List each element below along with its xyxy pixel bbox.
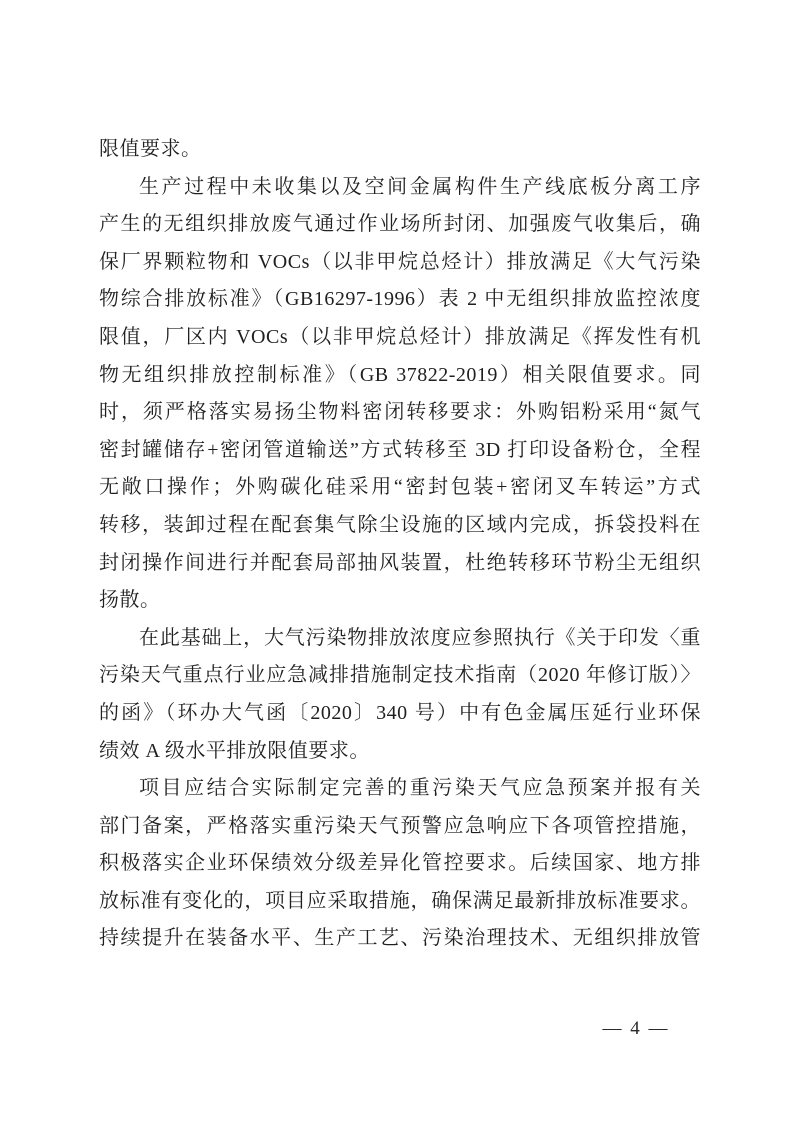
text-line: 时，须严格落实易扬尘物料密闭转移要求：外购铝粉采用“氮气 (99, 394, 701, 432)
text-line: 积极落实企业环保绩效分级差异化管控要求。后续国家、地方排 (99, 845, 701, 883)
text-line: 转移，装卸过程在配套集气除尘设施的区域内完成，拆袋投料在 (99, 507, 701, 545)
text-line: 物无组织排放控制标准》（GB 37822-2019）相关限值要求。同 (99, 357, 701, 395)
text-line: 部门备案，严格落实重污染天气预警应急响应下各项管控措施， (99, 808, 701, 846)
text-line: 污染天气重点行业应急减排措施制定技术指南（2020 年修订版）〉 (99, 657, 701, 695)
text-line: 绩效 A 级水平排放限值要求。 (99, 733, 701, 771)
text-line: 限值，厂区内 VOCs（以非甲烷总烃计）排放满足《挥发性有机 (99, 319, 701, 357)
page-number: — 4 — (596, 1018, 676, 1040)
text-line: 放标准有变化的，项目应采取措施，确保满足最新排放标准要求。 (99, 883, 701, 921)
text-line: 生产过程中未收集以及空间金属构件生产线底板分离工序 (99, 169, 701, 207)
text-line: 物综合排放标准》（GB16297-1996）表 2 中无组织排放监控浓度 (99, 281, 701, 319)
text-line: 持续提升在装备水平、生产工艺、污染治理技术、无组织排放管 (99, 920, 701, 958)
text-line: 无敞口操作；外购碳化硅采用“密封包装+密闭叉车转运”方式 (99, 469, 701, 507)
text-line: 产生的无组织排放废气通过作业场所封闭、加强废气收集后，确 (99, 206, 701, 244)
text-line: 的函》（环办大气函〔2020〕340 号）中有色金属压延行业环保 (99, 695, 701, 733)
text-line: 封闭操作间进行并配套局部抽风装置，杜绝转移环节粉尘无组织 (99, 545, 701, 583)
text-line: 项目应结合实际制定完善的重污染天气应急预案并报有关 (99, 770, 701, 808)
text-line: 在此基础上，大气污染物排放浓度应参照执行《关于印发〈重 (99, 620, 701, 658)
text-line: 密封罐储存+密闭管道输送”方式转移至 3D 打印设备粉仓，全程 (99, 432, 701, 470)
text-line: 保厂界颗粒物和 VOCs（以非甲烷总烃计）排放满足《大气污染 (99, 244, 701, 282)
text-line: 限值要求。 (99, 131, 701, 169)
document-page: 限值要求。生产过程中未收集以及空间金属构件生产线底板分离工序产生的无组织排放废气… (0, 0, 793, 1122)
body-text: 限值要求。生产过程中未收集以及空间金属构件生产线底板分离工序产生的无组织排放废气… (99, 131, 701, 958)
text-line: 扬散。 (99, 582, 701, 620)
